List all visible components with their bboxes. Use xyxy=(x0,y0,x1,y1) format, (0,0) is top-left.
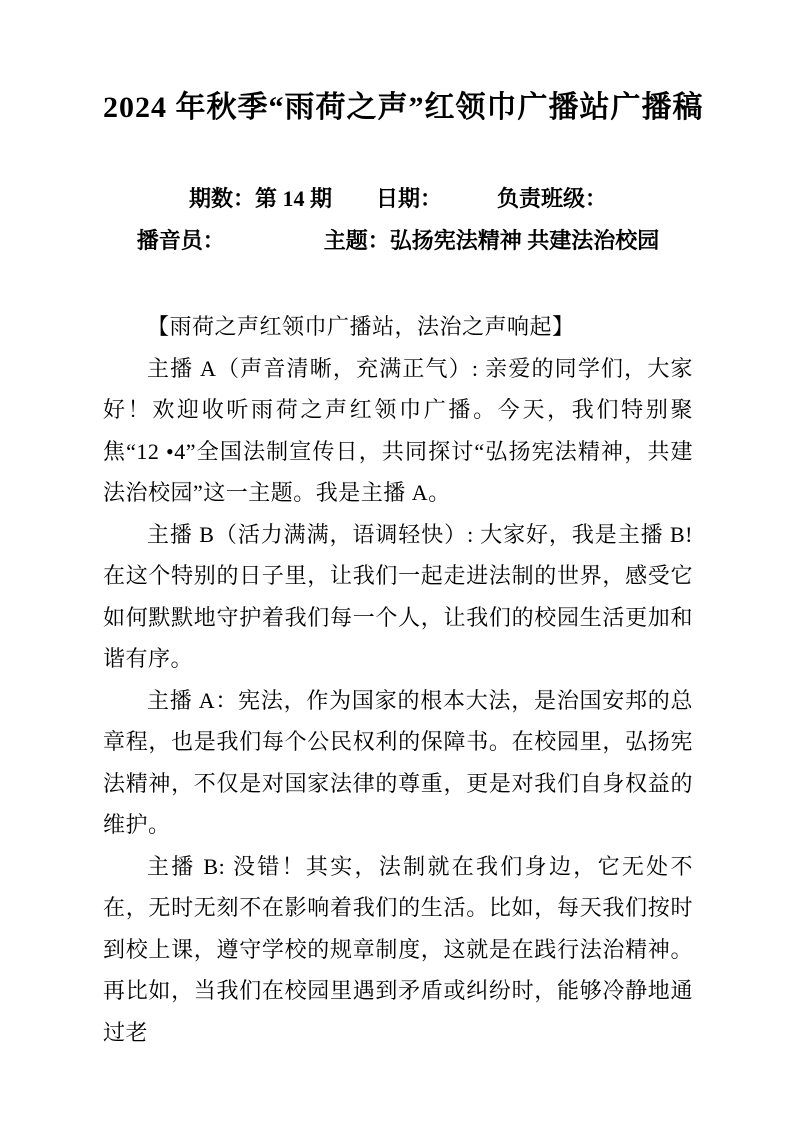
meta-line-issue-date-class: 期数：第 14 期 日期： 负责班级： xyxy=(103,178,693,220)
paragraph-host-b-intro: 主播 B（活力满满，语调轻快）: 大家好，我是主播 B! 在这个特别的日子里，让… xyxy=(103,514,693,680)
section-header: 【雨荷之声红领巾广播站，法治之声响起】 xyxy=(103,306,693,348)
meta-block: 期数：第 14 期 日期： 负责班级： 播音员： 主题：弘扬宪法精神 共建法治校… xyxy=(103,178,693,262)
document-title: 2024 年秋季“雨荷之声”红领巾广播站广播稿 xyxy=(103,88,693,128)
document-page: 2024 年秋季“雨荷之声”红领巾广播站广播稿 期数：第 14 期 日期： 负责… xyxy=(0,0,793,1122)
meta-line-announcer-topic: 播音员： 主题：弘扬宪法精神 共建法治校园 xyxy=(103,220,693,262)
document-body: 【雨荷之声红领巾广播站，法治之声响起】 主播 A（声音清晰，充满正气）: 亲爱的… xyxy=(103,306,693,1053)
paragraph-host-a-constitution: 主播 A：宪法，作为国家的根本大法，是治国安邦的总章程，也是我们每个公民权利的保… xyxy=(103,680,693,846)
paragraph-host-b-daily-law: 主播 B: 没错！其实，法制就在我们身边，它无处不在，无时无刻不在影响着我们的生… xyxy=(103,846,693,1054)
paragraph-host-a-intro: 主播 A（声音清晰，充满正气）: 亲爱的同学们，大家好！欢迎收听雨荷之声红领巾广… xyxy=(103,348,693,514)
